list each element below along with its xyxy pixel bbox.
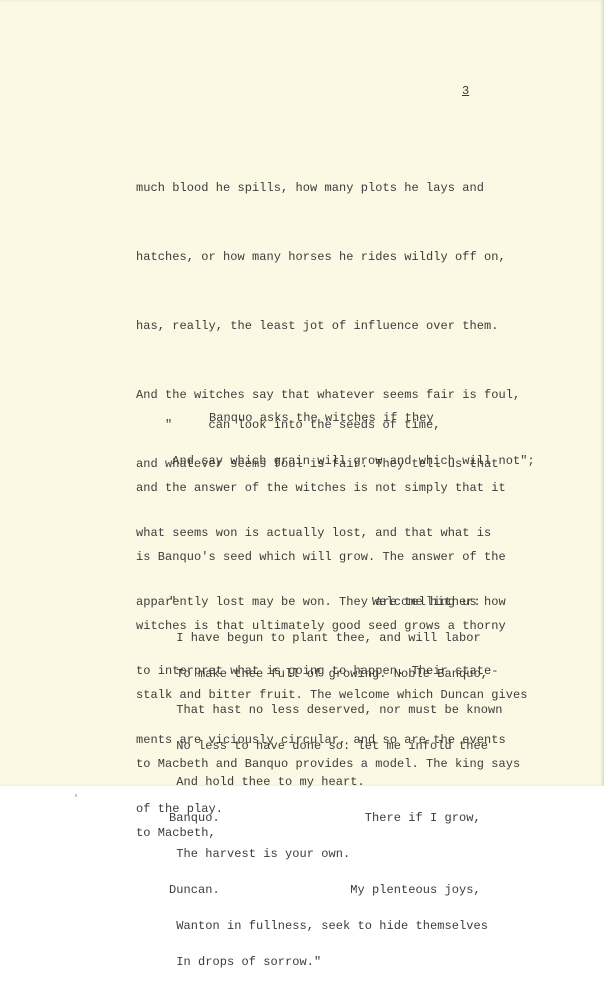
quote-line: " can look into the seeds of time, (165, 419, 535, 431)
text-line: much blood he spills, how many plots he … (136, 177, 520, 200)
scan-speck (75, 794, 77, 797)
text-line: and the answer of the witches is not sim… (136, 477, 528, 500)
text-line: is Banquo's seed which will grow. The an… (136, 546, 528, 569)
page-number: 3 (462, 84, 469, 98)
quote-line: No less to have done so: let me infold t… (169, 740, 503, 752)
quote-line: I have begun to plant thee, and will lab… (169, 632, 503, 644)
quote-line: That hast no less deserved, nor must be … (169, 704, 503, 716)
quote-line: And hold thee to my heart. (169, 776, 503, 788)
text-line: hatches, or how many horses he rides wil… (136, 246, 520, 269)
text-line: has, really, the least jot of influence … (136, 315, 520, 338)
quote-line: To make thee full of growing. Noble Banq… (169, 668, 503, 680)
typewritten-page: 3 much blood he spills, how many plots h… (0, 0, 604, 786)
quote-line: " Welcome hither: (169, 596, 503, 608)
quotation-duncan-welcome: " Welcome hither: I have begun to plant … (169, 572, 503, 800)
